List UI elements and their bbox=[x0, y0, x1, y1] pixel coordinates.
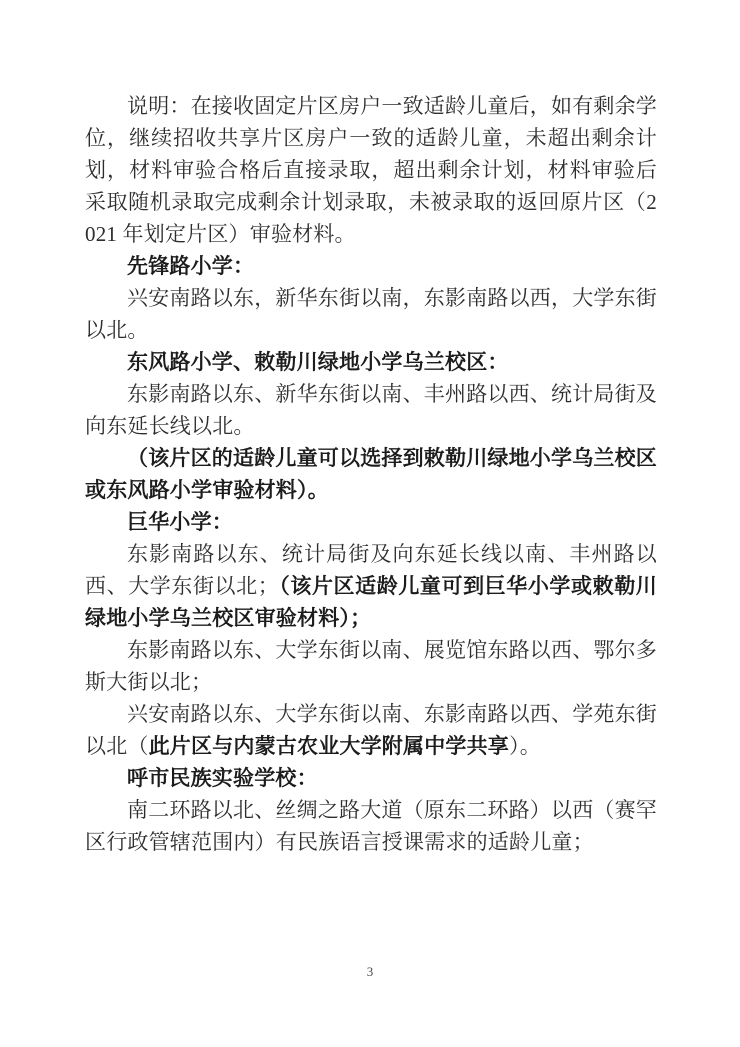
text-segment: 东风路小学、敕勒川绿地小学乌兰校区： bbox=[127, 350, 509, 374]
document-page: 说明：在接收固定片区房户一致适龄儿童后，如有剩余学位，继续招收共享片区房户一致的… bbox=[0, 0, 740, 1047]
text-segment: 兴安南路以东，新华东街以南，东影南路以西，大学东街以北。 bbox=[85, 286, 657, 342]
section-heading: 呼市民族实验学校： bbox=[85, 762, 657, 794]
text-segment: 东影南路以东、新华东街以南、丰州路以西、统计局街及向东延长线以北。 bbox=[85, 382, 657, 438]
document-content: 说明：在接收固定片区房户一致适龄儿童后，如有剩余学位，继续招收共享片区房户一致的… bbox=[85, 90, 657, 858]
body-paragraph: 南二环路以北、丝绸之路大道（原东二环路）以西（赛罕区行政管辖范围内）有民族语言授… bbox=[85, 794, 657, 858]
text-segment: 说明：在接收固定片区房户一致适龄儿童后，如有剩余学位，继续招收共享片区房户一致的… bbox=[85, 94, 657, 246]
body-paragraph: 东影南路以东、统计局街及向东延长线以南、丰州路以西、大学东街以北；（该片区适龄儿… bbox=[85, 538, 657, 634]
text-segment: 先锋路小学： bbox=[127, 254, 254, 278]
page-number: 3 bbox=[0, 963, 740, 981]
body-paragraph: 兴安南路以东，新华东街以南，东影南路以西，大学东街以北。 bbox=[85, 282, 657, 346]
text-segment: ）。 bbox=[509, 734, 541, 758]
text-segment: 呼市民族实验学校： bbox=[127, 766, 318, 790]
body-paragraph: （该片区的适龄儿童可以选择到敕勒川绿地小学乌兰校区或东风路小学审验材料）。 bbox=[85, 442, 657, 506]
section-heading: 东风路小学、敕勒川绿地小学乌兰校区： bbox=[85, 346, 657, 378]
text-segment: 此片区与内蒙古农业大学附属中学共享 bbox=[149, 734, 509, 758]
text-segment: （该片区的适龄儿童可以选择到敕勒川绿地小学乌兰校区或东风路小学审验材料）。 bbox=[85, 446, 657, 502]
body-paragraph: 东影南路以东、大学东街以南、展览馆东路以西、鄂尔多斯大街以北； bbox=[85, 634, 657, 698]
body-paragraph: 兴安南路以东、大学东街以南、东影南路以西、学苑东街以北（此片区与内蒙古农业大学附… bbox=[85, 698, 657, 762]
body-paragraph: 东影南路以东、新华东街以南、丰州路以西、统计局街及向东延长线以北。 bbox=[85, 378, 657, 442]
body-paragraph: 说明：在接收固定片区房户一致适龄儿童后，如有剩余学位，继续招收共享片区房户一致的… bbox=[85, 90, 657, 250]
text-segment: 南二环路以北、丝绸之路大道（原东二环路）以西（赛罕区行政管辖范围内）有民族语言授… bbox=[85, 798, 657, 854]
text-segment: 巨华小学： bbox=[127, 510, 233, 534]
section-heading: 巨华小学： bbox=[85, 506, 657, 538]
text-segment: 东影南路以东、大学东街以南、展览馆东路以西、鄂尔多斯大街以北； bbox=[85, 638, 657, 694]
section-heading: 先锋路小学： bbox=[85, 250, 657, 282]
